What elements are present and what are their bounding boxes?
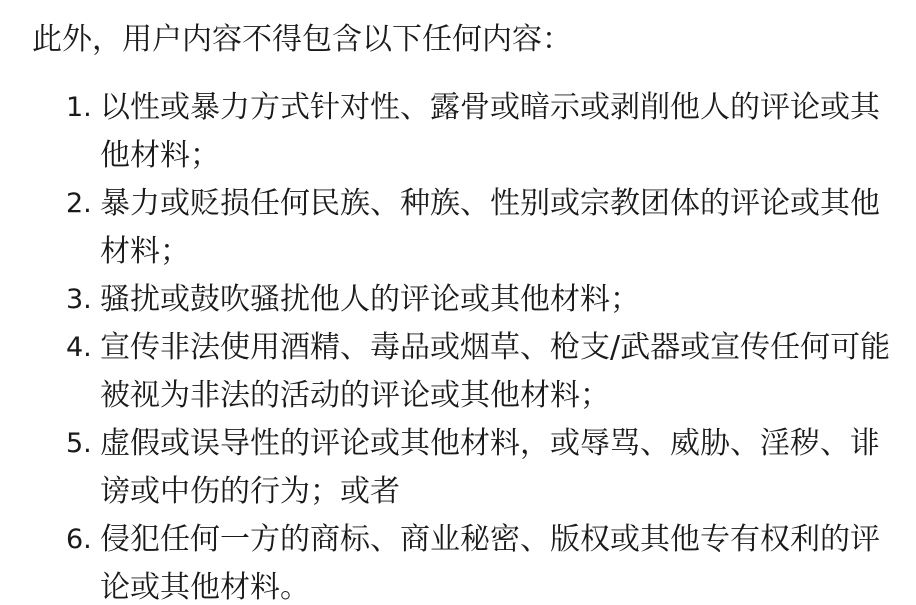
- list-item: 3. 骚扰或鼓吹骚扰他人的评论或其他材料；: [66, 276, 896, 324]
- list-item-text: 暴力或贬损任何民族、种族、性别或宗教团体的评论或其他材料；: [100, 180, 896, 276]
- list-item-text: 以性或暴力方式针对性、露骨或暗示或剥削他人的评论或其他材料；: [100, 84, 896, 180]
- list-item: 2. 暴力或贬损任何民族、种族、性别或宗教团体的评论或其他材料；: [66, 180, 896, 276]
- list-item: 1. 以性或暴力方式针对性、露骨或暗示或剥削他人的评论或其他材料；: [66, 84, 896, 180]
- list-item-number: 1.: [66, 84, 100, 180]
- list-item-number: 6.: [66, 516, 100, 605]
- list-item-number: 4.: [66, 324, 100, 420]
- list-item: 5. 虚假或误导性的评论或其他材料，或辱骂、威胁、淫秽、诽谤或中伤的行为；或者: [66, 420, 896, 516]
- list-item: 6. 侵犯任何一方的商标、商业秘密、版权或其他专有权利的评论或其他材料。: [66, 516, 896, 605]
- list-item-text: 宣传非法使用酒精、毒品或烟草、枪支/武器或宣传任何可能被视为非法的活动的评论或其…: [100, 324, 896, 420]
- prohibited-content-list: 1. 以性或暴力方式针对性、露骨或暗示或剥削他人的评论或其他材料； 2. 暴力或…: [66, 84, 896, 605]
- list-item: 4. 宣传非法使用酒精、毒品或烟草、枪支/武器或宣传任何可能被视为非法的活动的评…: [66, 324, 896, 420]
- list-item-text: 侵犯任何一方的商标、商业秘密、版权或其他专有权利的评论或其他材料。: [100, 516, 896, 605]
- list-item-text: 骚扰或鼓吹骚扰他人的评论或其他材料；: [100, 276, 896, 324]
- intro-paragraph: 此外，用户内容不得包含以下任何内容：: [32, 16, 572, 64]
- document: 此外，用户内容不得包含以下任何内容： 1. 以性或暴力方式针对性、露骨或暗示或剥…: [0, 0, 916, 605]
- list-item-text: 虚假或误导性的评论或其他材料，或辱骂、威胁、淫秽、诽谤或中伤的行为；或者: [100, 420, 896, 516]
- list-item-number: 3.: [66, 276, 100, 324]
- list-item-number: 5.: [66, 420, 100, 516]
- list-item-number: 2.: [66, 180, 100, 276]
